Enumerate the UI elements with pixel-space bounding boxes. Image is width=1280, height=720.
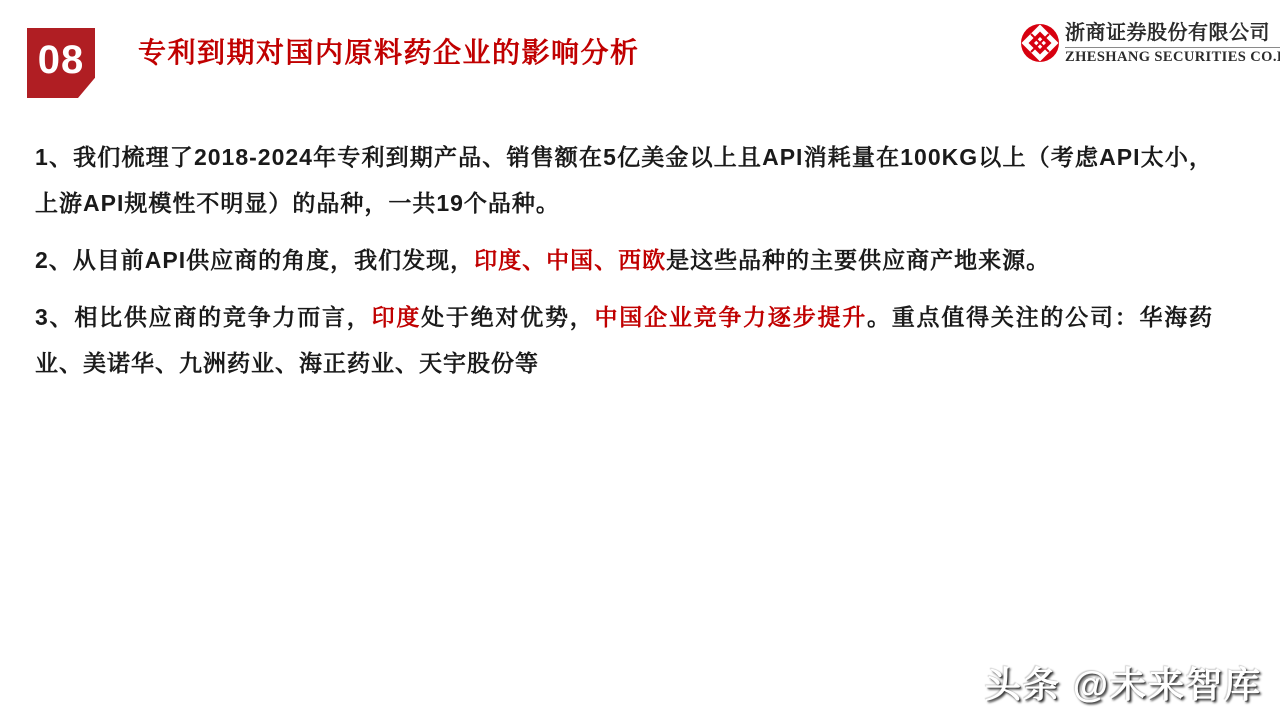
highlighted-text: 中国企业竞争力逐步提升	[595, 304, 867, 330]
watermark: 头条 @未来智库	[985, 657, 1262, 708]
section-number-badge: 08	[27, 28, 95, 98]
company-name-en: ZHESHANG SECURITIES CO.LTD	[1065, 49, 1280, 66]
logo-divider	[1065, 47, 1280, 48]
body-text-run: 1、我们梳理了2018-2024年专利到期产品、销售额在5亿美金以上且API消耗…	[35, 144, 1213, 216]
slide-root: 08 专利到期对国内原料药企业的影响分析 浙商证券股份有限公司 ZHESHANG…	[0, 0, 1280, 720]
paragraph: 2、从目前API供应商的角度，我们发现，印度、中国、西欧是这些品种的主要供应商产…	[35, 237, 1213, 283]
company-name-cn: 浙商证券股份有限公司	[1065, 21, 1280, 45]
highlighted-text: 印度	[372, 304, 422, 330]
company-logo: 浙商证券股份有限公司 ZHESHANG SECURITIES CO.LTD	[1020, 21, 1280, 66]
body-text-run: 3、相比供应商的竞争力而言，	[35, 304, 372, 330]
body-text-run: 是这些品种的主要供应商产地来源。	[666, 247, 1050, 273]
paragraph: 3、相比供应商的竞争力而言，印度处于绝对优势，中国企业竞争力逐步提升。重点值得关…	[35, 294, 1213, 386]
body-text: 1、我们梳理了2018-2024年专利到期产品、销售额在5亿美金以上且API消耗…	[35, 134, 1213, 397]
body-text-run: 处于绝对优势，	[421, 304, 594, 330]
highlighted-text: 印度、中国、西欧	[474, 247, 666, 273]
company-logo-knot-icon	[1020, 23, 1060, 63]
body-text-run: 2、从目前API供应商的角度，我们发现，	[35, 247, 474, 273]
page-title: 专利到期对国内原料药企业的影响分析	[138, 31, 640, 71]
paragraph: 1、我们梳理了2018-2024年专利到期产品、销售额在5亿美金以上且API消耗…	[35, 134, 1213, 226]
company-logo-text: 浙商证券股份有限公司 ZHESHANG SECURITIES CO.LTD	[1065, 21, 1280, 66]
section-number: 08	[38, 40, 85, 80]
